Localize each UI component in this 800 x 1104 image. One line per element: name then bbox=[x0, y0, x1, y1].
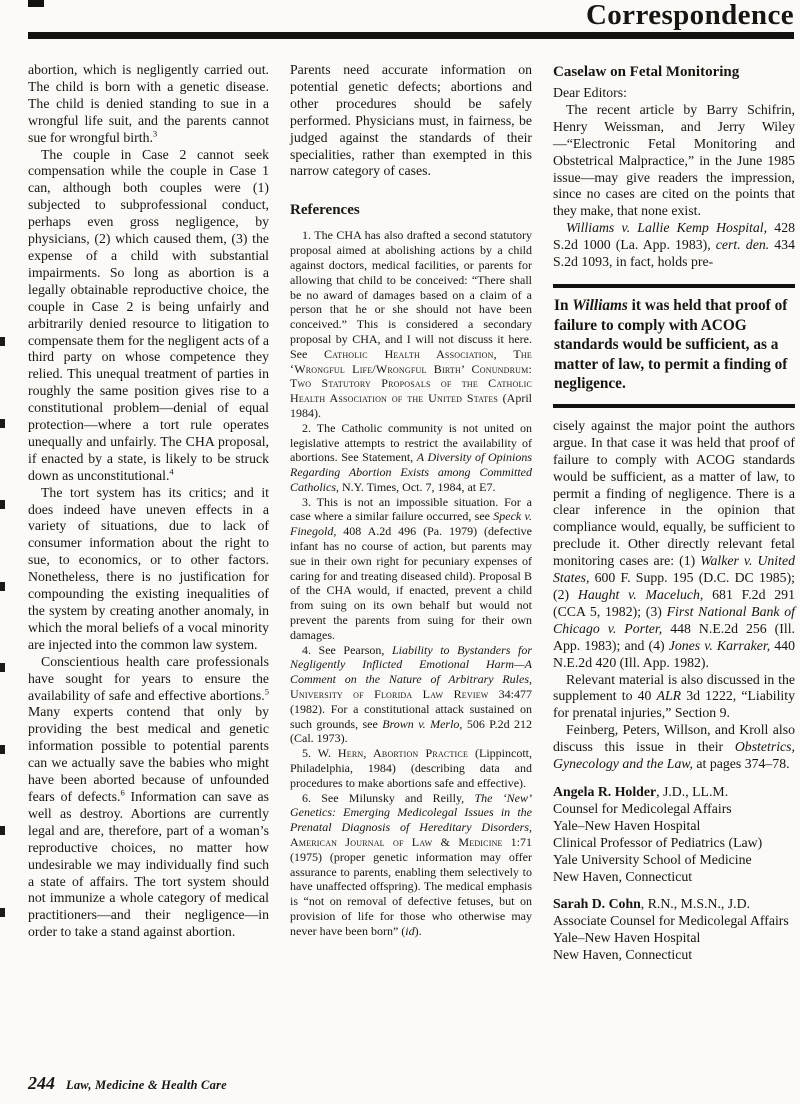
scan-mark bbox=[0, 419, 5, 428]
scan-mark bbox=[0, 908, 5, 917]
paragraph: Feinberg, Peters, Willson, and Kroll als… bbox=[553, 722, 795, 773]
page-title: Correspondence bbox=[28, 0, 794, 30]
paragraph: The recent article by Barry Schifrin, He… bbox=[553, 102, 795, 220]
reference-item: 4. See Pearson, Liability to Bystanders … bbox=[290, 643, 532, 747]
page-footer: 244 Law, Medicine & Health Care bbox=[28, 1073, 227, 1094]
text-run: Yale–New Haven Hospital bbox=[553, 818, 700, 833]
scan-mark bbox=[0, 337, 5, 346]
column-3: Caselaw on Fetal MonitoringDear Editors:… bbox=[553, 62, 795, 964]
text-run: Associate Counsel for Medicolegal Affair… bbox=[553, 913, 789, 928]
signature-line: Angela R. Holder, J.D., LL.M. bbox=[553, 784, 795, 801]
paragraph: Conscientious health care professionals … bbox=[28, 654, 269, 941]
text-run: New Haven, Connecticut bbox=[553, 947, 692, 962]
reference-item: 5. W. Hern, Abortion Practice (Lippincot… bbox=[290, 746, 532, 790]
text-run: Dear Editors: bbox=[553, 85, 627, 100]
text-run: Brown v. Merlo, bbox=[382, 717, 462, 731]
text-run: Sarah D. Cohn bbox=[553, 896, 641, 911]
text-run: abortion, which is negligently carried o… bbox=[28, 62, 269, 145]
scan-mark bbox=[0, 582, 5, 591]
journal-page: Correspondence abortion, which is neglig… bbox=[0, 0, 800, 1104]
text-run: Haught v. Maceluch, bbox=[578, 587, 703, 602]
text-run: Clinical Professor of Pediatrics (Law) bbox=[553, 835, 762, 850]
signature-line: Yale University School of Medicine bbox=[553, 852, 795, 869]
text-run: 5. W. bbox=[302, 746, 338, 760]
paragraph: Parents need accurate information on pot… bbox=[290, 62, 532, 180]
signature-line: Counsel for Medicolegal Affairs bbox=[553, 801, 795, 818]
text-run: The recent article by Barry Schifrin, He… bbox=[553, 102, 795, 218]
text-run: 1. The CHA has also drafted a second sta… bbox=[290, 228, 532, 360]
footnote-marker: 4 bbox=[169, 466, 173, 476]
signature-block: Angela R. Holder, J.D., LL.M.Counsel for… bbox=[553, 784, 795, 885]
text-run: id bbox=[405, 924, 414, 938]
masthead: Correspondence bbox=[28, 0, 794, 30]
paragraph: Dear Editors: bbox=[553, 85, 795, 102]
reference-item: 1. The CHA has also drafted a second sta… bbox=[290, 228, 532, 420]
text-run: Conscientious health care professionals … bbox=[28, 654, 269, 703]
reference-item: 3. This is not an impossible situation. … bbox=[290, 495, 532, 643]
letter-heading: Caselaw on Fetal Monitoring bbox=[553, 64, 795, 81]
text-run: , R.N., M.S.N., J.D. bbox=[641, 896, 750, 911]
text-run: The couple in Case 2 cannot seek compens… bbox=[28, 147, 269, 483]
paragraph: abortion, which is negligently carried o… bbox=[28, 62, 269, 147]
pull-quote: In Williams it was held that proof of fa… bbox=[553, 284, 795, 408]
text-run: Counsel for Medicolegal Affairs bbox=[553, 801, 732, 816]
text-run: Williams bbox=[572, 297, 628, 314]
text-run: 6. See Milunsky and Reilly, bbox=[302, 791, 474, 805]
text-run: New Haven, Connecticut bbox=[553, 869, 692, 884]
footnote-marker: 3 bbox=[153, 128, 157, 138]
text-run: , J.D., LL.M. bbox=[656, 784, 728, 799]
text-run: Parents need accurate information on pot… bbox=[290, 62, 532, 178]
text-run: ). bbox=[415, 924, 422, 938]
signature-block: Sarah D. Cohn, R.N., M.S.N., J.D.Associa… bbox=[553, 896, 795, 964]
page-number: 244 bbox=[28, 1073, 55, 1094]
text-run: In bbox=[554, 297, 572, 314]
text-run: Jones v. Karraker, bbox=[669, 638, 770, 653]
text-run: cert. den. bbox=[716, 237, 769, 252]
text-run: Information can save as well as destroy.… bbox=[28, 789, 269, 939]
scan-mark bbox=[0, 826, 5, 835]
text-run: ALR bbox=[657, 688, 682, 703]
text-run: University of Florida Law Review bbox=[290, 687, 489, 701]
text-run: at pages 374–78. bbox=[693, 756, 790, 771]
text-run: Yale University School of Medicine bbox=[553, 852, 752, 867]
paragraph: The couple in Case 2 cannot seek compens… bbox=[28, 147, 269, 485]
text-run: American Journal of Law & Medicine bbox=[290, 835, 503, 849]
paragraph: Relevant material is also discussed in t… bbox=[553, 672, 795, 723]
signature-line: Clinical Professor of Pediatrics (Law) bbox=[553, 835, 795, 852]
scan-mark bbox=[0, 500, 5, 509]
footnote-marker: 5 bbox=[265, 686, 269, 696]
text-run: 1:71 (1975) (proper genetic information … bbox=[290, 835, 532, 938]
paragraph: The tort system has its critics; and it … bbox=[28, 485, 269, 654]
text-run: cisely against the major point the autho… bbox=[553, 418, 795, 568]
references-heading: References bbox=[290, 202, 532, 219]
column-2: Parents need accurate information on pot… bbox=[290, 62, 532, 964]
signature-line: New Haven, Connecticut bbox=[553, 947, 795, 964]
scan-mark bbox=[0, 663, 5, 672]
signature-line: Yale–New Haven Hospital bbox=[553, 930, 795, 947]
text-run: Hern, Abortion Practice bbox=[338, 746, 468, 760]
signature-line: Sarah D. Cohn, R.N., M.S.N., J.D. bbox=[553, 896, 795, 913]
signature-line: Associate Counsel for Medicolegal Affair… bbox=[553, 913, 795, 930]
scan-mark bbox=[0, 745, 5, 754]
columns: abortion, which is negligently carried o… bbox=[28, 62, 795, 964]
text-run: Williams v. Lallie Kemp Hospital, bbox=[566, 220, 767, 235]
paragraph: cisely against the major point the autho… bbox=[553, 418, 795, 672]
signature-line: Yale–New Haven Hospital bbox=[553, 818, 795, 835]
text-run: The tort system has its critics; and it … bbox=[28, 485, 269, 652]
journal-name: Law, Medicine & Health Care bbox=[66, 1078, 227, 1093]
masthead-rule bbox=[28, 32, 794, 39]
reference-item: 6. See Milunsky and Reilly, The ‘New’ Ge… bbox=[290, 791, 532, 939]
text-run: 408 A.2d 496 (Pa. 1979) (defective infan… bbox=[290, 524, 532, 642]
paragraph: Williams v. Lallie Kemp Hospital, 428 S.… bbox=[553, 220, 795, 271]
signature-line: New Haven, Connecticut bbox=[553, 869, 795, 886]
text-run: Catholic Health Association, The ‘Wrongf… bbox=[290, 347, 532, 405]
text-run: Yale–New Haven Hospital bbox=[553, 930, 700, 945]
text-run: Angela R. Holder bbox=[553, 784, 656, 799]
column-1: abortion, which is negligently carried o… bbox=[28, 62, 269, 964]
text-run: N.Y. Times, Oct. 7, 1984, at E7. bbox=[339, 480, 495, 494]
reference-item: 2. The Catholic community is not united … bbox=[290, 421, 532, 495]
text-run: 4. See Pearson, bbox=[302, 643, 392, 657]
